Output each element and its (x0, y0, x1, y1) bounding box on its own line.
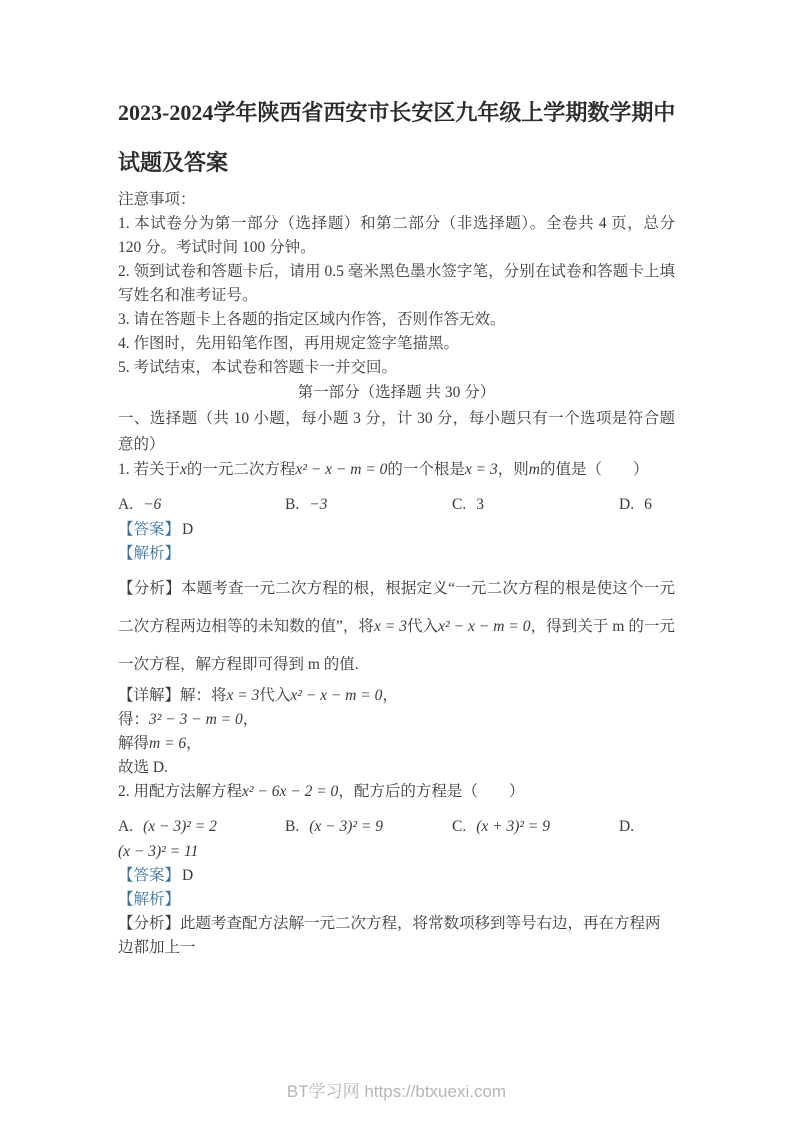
section1-heading: 一、选择题（共 10 小题，每小题 3 分，计 30 分，每小题只有一个选项是符… (118, 406, 675, 458)
option-label: A. (118, 496, 133, 513)
answer-value: D (180, 867, 193, 884)
question-1-analysis: 【分析】本题考查一元二次方程的根，根据定义“一元二次方程的根是使这个一元二次方程… (118, 570, 675, 684)
option-label: A. (118, 818, 133, 835)
question-2-option-d-formula: (x − 3)² = 11 (118, 840, 675, 864)
question-2-options: A.(x − 3)² = 2 B.(x − 3)² = 9 C.(x + 3)²… (118, 814, 675, 840)
question-1-solution-line3: 解得m = 6， (118, 732, 675, 756)
question-1-solution-line2: 得：3² − 3 − m = 0， (118, 708, 675, 732)
option-value: (x + 3)² = 9 (476, 818, 550, 835)
option-value: (x − 3)² = 9 (309, 818, 383, 835)
notice-heading: 注意事项： (118, 188, 675, 212)
question-1-option-b: B.−3 (285, 492, 452, 518)
notice-item-2: 2. 领到试卷和答题卡后，请用 0.5 毫米黑色墨水签字笔，分别在试卷和答题卡上… (118, 260, 675, 308)
question-2-option-a: A.(x − 3)² = 2 (118, 814, 285, 840)
question-2-analysis: 【分析】此题考查配方法解一元二次方程，将常数项移到等号右边，再在方程两边都加上一 (118, 912, 675, 960)
question-2-jiexi-line: 【解析】 (118, 888, 675, 912)
question-2-answer-line: 【答案】D (118, 864, 675, 888)
question-1-solution-line1: 【详解】解：将x = 3代入x² − x − m = 0， (118, 684, 675, 708)
notice-item-3: 3. 请在答题卡上各题的指定区域内作答，否则作答无效。 (118, 308, 675, 332)
question-2-option-c: C.(x + 3)² = 9 (452, 814, 619, 840)
option-label: D. (619, 496, 634, 513)
option-value: −6 (143, 496, 161, 513)
document-title-line1: 2023-2024学年陕西省西安市长安区九年级上学期数学期中 (118, 88, 675, 138)
option-label: C. (452, 496, 466, 513)
jiexi-label: 【解析】 (118, 891, 180, 908)
question-2-stem: 2. 用配方法解方程x² − 6x − 2 = 0，配方后的方程是（ ） (118, 780, 675, 804)
question-1-answer-line: 【答案】D (118, 518, 675, 542)
answer-value: D (180, 521, 193, 538)
notice-item-4: 4. 作图时，先用铅笔作图，再用规定签字笔描黑。 (118, 332, 675, 356)
option-value: 6 (644, 496, 652, 513)
question-2-option-d: D. (619, 814, 675, 840)
part1-heading: 第一部分（选择题 共 30 分） (118, 380, 675, 406)
question-1-jiexi-line: 【解析】 (118, 542, 675, 566)
question-1-option-c: C.3 (452, 492, 619, 518)
question-1-conclusion: 故选 D. (118, 756, 675, 780)
answer-label: 【答案】 (118, 521, 180, 538)
document-content: 2023-2024学年陕西省西安市长安区九年级上学期数学期中 试题及答案 注意事… (118, 0, 675, 960)
notice-section: 注意事项： 1. 本试卷分为第一部分（选择题）和第二部分（非选择题）。全卷共 4… (118, 188, 675, 380)
answer-label: 【答案】 (118, 867, 180, 884)
notice-item-1: 1. 本试卷分为第一部分（选择题）和第二部分（非选择题）。全卷共 4 页，总分 … (118, 212, 675, 260)
watermark-footer: BT学习网 https://btxuexi.com (0, 1077, 793, 1102)
question-1-option-d: D.6 (619, 492, 675, 518)
option-value: (x − 3)² = 2 (143, 818, 217, 835)
document-title: 2023-2024学年陕西省西安市长安区九年级上学期数学期中 试题及答案 (118, 88, 675, 188)
question-1-option-a: A.−6 (118, 492, 285, 518)
question-2-option-b: B.(x − 3)² = 9 (285, 814, 452, 840)
question-1-options: A.−6 B.−3 C.3 D.6 (118, 492, 675, 518)
option-label: C. (452, 818, 466, 835)
option-value: −3 (309, 496, 327, 513)
option-label: B. (285, 496, 299, 513)
option-label: D. (619, 818, 634, 835)
jiexi-label: 【解析】 (118, 545, 180, 562)
option-value: 3 (476, 496, 484, 513)
exam-document-page: 2023-2024学年陕西省西安市长安区九年级上学期数学期中 试题及答案 注意事… (0, 0, 793, 1122)
document-title-line2: 试题及答案 (118, 138, 675, 188)
question-1-stem: 1. 若关于x的一元二次方程x² − x − m = 0的一个根是x = 3，则… (118, 458, 675, 482)
option-label: B. (285, 818, 299, 835)
notice-item-5: 5. 考试结束，本试卷和答题卡一并交回。 (118, 356, 675, 380)
